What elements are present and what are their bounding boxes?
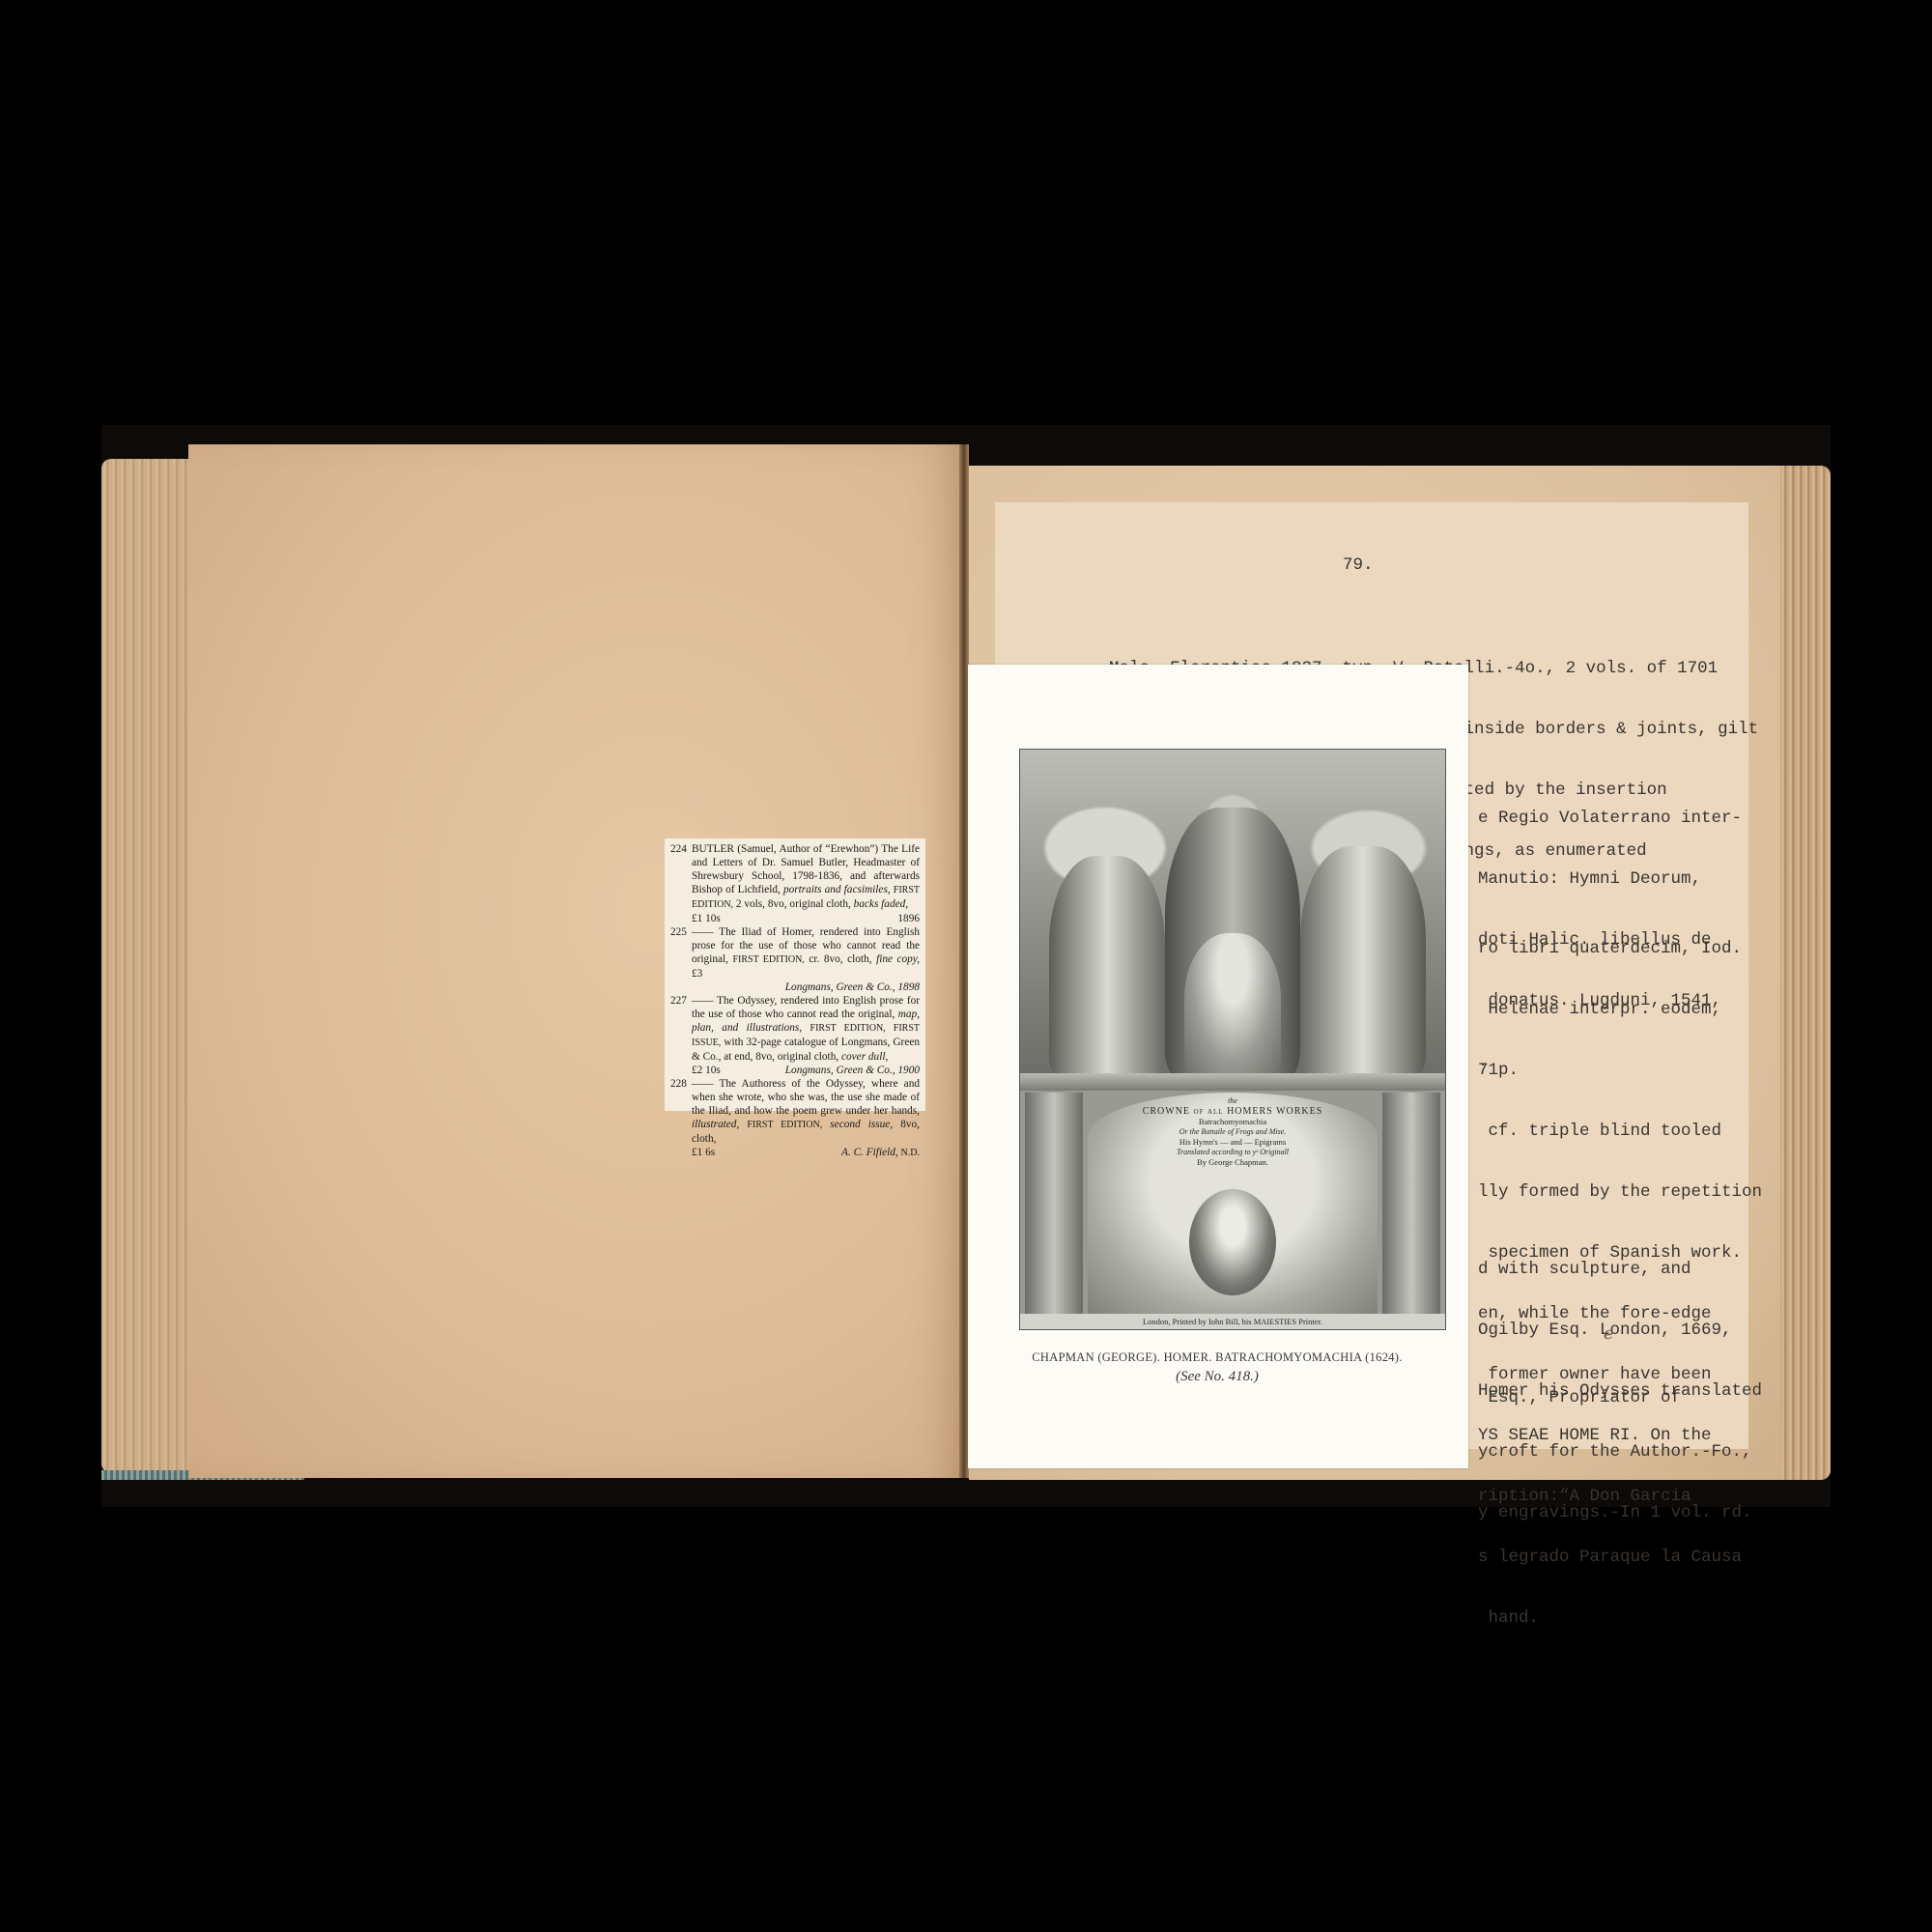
catalogue-entry: 225 —— The Iliad of Homer, rendered into… [670, 925, 920, 994]
catalogue-clipping: 224 BUTLER (Samuel, Author of “Erewhon”)… [665, 838, 925, 1111]
engraving-title-line: Translated according to yᵉ Originall [1088, 1148, 1378, 1158]
entry-price: £2 10s [692, 1064, 721, 1077]
engraving-title-line: By George Chapman. [1088, 1157, 1378, 1168]
entry-publisher: A. C. Fifield, [841, 1147, 898, 1158]
entry-format: cr. 8vo, cloth, [809, 953, 871, 965]
figure-apollo [1049, 856, 1165, 1078]
catalogue-entry: 228 —— The Authoress of the Odyssey, whe… [670, 1077, 920, 1160]
typed-line: hand. [1478, 1608, 1762, 1629]
figure-homer [1184, 933, 1281, 1078]
entry-price: £1 6s [692, 1146, 715, 1160]
engraving-illustration: the CROWNE of all HOMERS WORKES Batracho… [1019, 749, 1446, 1330]
entry-number: 224 [670, 842, 687, 856]
entry-price: £3 [692, 968, 702, 980]
typed-line: 71p. [1478, 1061, 1762, 1081]
entry-issue: second issue, [830, 1119, 893, 1130]
entry-publisher: Longmans, Green & Co., 1900 [785, 1064, 920, 1077]
entry-italic: portraits and facsimiles, [783, 884, 891, 895]
typed-line: lly formed by the repetition [1478, 1182, 1762, 1203]
typed-line: Ogilby Esq. London, 1669, [1478, 1321, 1762, 1341]
engraving-imprint: London, Printed by Iohn Bill, his MAIEST… [1020, 1314, 1445, 1329]
entry-publisher: Longmans, Green & Co., 1898 [785, 980, 920, 994]
entry-date: N.D. [901, 1148, 920, 1158]
entry-text: —— The Authoress of the Odyssey, where a… [692, 1078, 920, 1117]
caption-title: CHAPMAN (GEORGE). HOMER. BATRACHOMYOMACH… [985, 1348, 1449, 1367]
engraving-title-line: Batrachomyomachia [1088, 1117, 1378, 1127]
typed-block-4: Esq., Propriator of [1478, 1348, 1681, 1429]
engraving-title-line: Or the Battaile of Frogs and Mise. [1088, 1127, 1378, 1138]
left-page-edges [101, 459, 193, 1473]
typed-line: d with sculpture, and [1478, 1260, 1762, 1280]
engraving-title-line: His Hymn's — and — Epigrams [1088, 1137, 1378, 1148]
engraving-title-line: the [1088, 1096, 1378, 1107]
plate-caption: CHAPMAN (GEORGE). HOMER. BATRACHOMYOMACH… [985, 1348, 1449, 1386]
typed-line: Manutio: Hymni Deorum, [1478, 869, 1742, 890]
engraving-pillar-right [1382, 1093, 1440, 1315]
typed-line: cf. triple blind tooled [1478, 1122, 1762, 1142]
typed-line: ycroft for the Author.-Fo., [1478, 1442, 1762, 1463]
typed-line: s legrado Paraque la Causa [1478, 1548, 1762, 1568]
catalogue-entry: 224 BUTLER (Samuel, Author of “Erewhon”)… [670, 842, 920, 925]
typed-line: y engravings.-In 1 vol. rd. [1478, 1503, 1762, 1523]
caption-reference: (See No. 418.) [985, 1367, 1449, 1386]
entry-number: 225 [670, 925, 687, 939]
typed-line: Esq., Propriator of [1478, 1388, 1681, 1408]
handwritten-correction: e [1604, 1323, 1614, 1344]
entry-condition: fine copy, [876, 953, 920, 965]
engraving-pillar-left [1025, 1093, 1083, 1315]
entry-format: 2 vols, 8vo, original cloth, [736, 898, 851, 910]
entry-year: 1896 [897, 912, 920, 925]
typed-line: e Regio Volaterrano inter- [1478, 809, 1742, 829]
chapman-portrait [1189, 1189, 1276, 1295]
entry-edition: FIRST EDITION, [747, 1120, 822, 1130]
engraving-ledge [1020, 1073, 1445, 1091]
catalogue-entry: 227 —— The Odyssey, rendered into Englis… [670, 994, 920, 1077]
page-number: 79. [1343, 555, 1374, 576]
engraving-title-line: CROWNE of all HOMERS WORKES [1088, 1107, 1378, 1118]
typed-line: Helenae interpr. eodem, [1478, 1000, 1762, 1020]
right-page-edges [1780, 466, 1831, 1480]
typed-line: ro libri quaterdecim, Iod. [1478, 939, 1762, 959]
entry-number: 228 [670, 1077, 687, 1091]
entry-price: £1 10s [692, 912, 721, 925]
entry-condition: backs faded, [854, 898, 908, 910]
entry-italic: illustrated, [692, 1119, 739, 1130]
figure-athena [1300, 846, 1426, 1078]
entry-number: 227 [670, 994, 687, 1008]
entry-text: —— The Odyssey, rendered into English pr… [692, 995, 920, 1020]
entry-condition: cover dull, [841, 1051, 888, 1063]
entry-edition: FIRST EDITION, [733, 954, 805, 965]
